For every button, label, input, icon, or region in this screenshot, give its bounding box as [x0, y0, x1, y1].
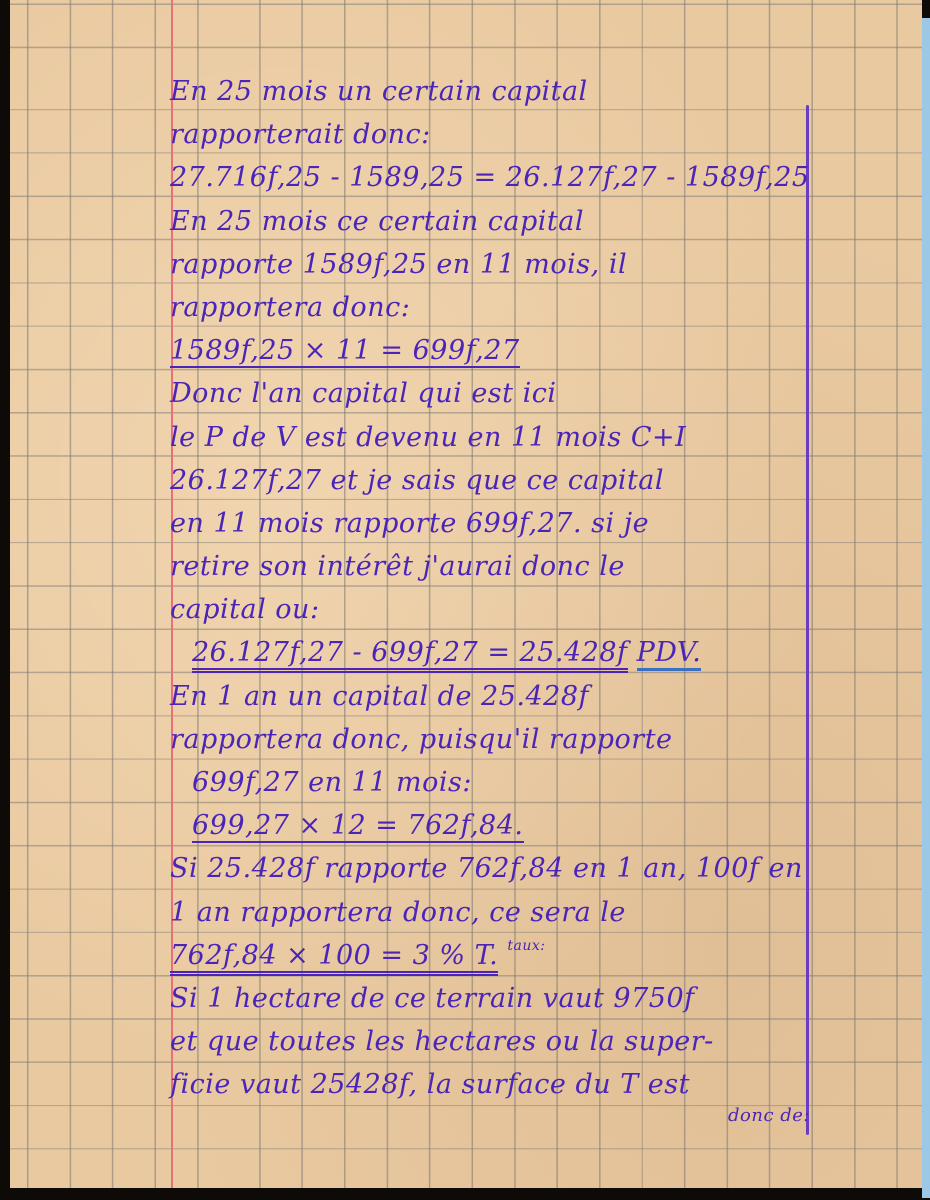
text-line: retire son intérêt j'aurai donc le — [170, 543, 830, 586]
text-line: 762f,84 × 100 = 3 % T. taux: — [170, 932, 830, 975]
rate-result: 762f,84 × 100 = 3 % T. — [170, 940, 498, 976]
taux-label: taux: — [507, 938, 545, 954]
text-line: Si 1 hectare de ce terrain vaut 9750f — [170, 975, 830, 1018]
text-line: 1 an rapportera donc, ce sera le — [170, 889, 830, 932]
pdv-label: PDV. — [637, 637, 702, 671]
text-line: rapporte 1589f,25 en 11 mois, il — [170, 241, 830, 284]
text-line: et que toutes les hectares ou la super- — [170, 1018, 830, 1061]
text-line: En 1 an un capital de 25.428f — [170, 673, 830, 716]
result-calculation: 26.127f,27 - 699f,27 = 25.428f — [192, 637, 628, 673]
text-line: capital ou: — [170, 586, 830, 629]
closing-note: donc de: — [170, 1105, 830, 1125]
text-line: 27.716f,25 - 1589,25 = 26.127f,27 - 1589… — [170, 154, 830, 197]
text-line: ficie vaut 25428f, la surface du T est — [170, 1061, 830, 1104]
text-line: 699f,27 en 11 mois: — [170, 759, 830, 802]
text-line: Si 25.428f rapporte 762f,84 en 1 an, 100… — [170, 845, 830, 888]
calculation: 699,27 × 12 = 762f,84. — [192, 810, 524, 843]
text-line: 26.127f,27 et je sais que ce capital — [170, 457, 830, 500]
text-line: 699,27 × 12 = 762f,84. — [170, 802, 830, 845]
scan-background-edge — [922, 18, 930, 1198]
text-line: Donc l'an capital qui est ici — [170, 370, 830, 413]
text-line: rapporterait donc: — [170, 111, 830, 154]
calculation: 1589f,25 × 11 = 699f,27 — [170, 335, 520, 368]
text-line: le P de V est devenu en 11 mois C+I — [170, 414, 830, 457]
text-line: En 25 mois ce certain capital — [170, 198, 830, 241]
text-line: 1589f,25 × 11 = 699f,27 — [170, 327, 830, 370]
handwritten-text: En 25 mois un certain capital rapportera… — [170, 68, 830, 1125]
notebook-page: En 25 mois un certain capital rapportera… — [10, 0, 922, 1188]
text-line: En 25 mois un certain capital — [170, 68, 830, 111]
text-line: 26.127f,27 - 699f,27 = 25.428f PDV. — [170, 629, 830, 672]
text-line: rapportera donc: — [170, 284, 830, 327]
text-line: en 11 mois rapporte 699f,27. si je — [170, 500, 830, 543]
text-line: rapportera donc, puisqu'il rapporte — [170, 716, 830, 759]
